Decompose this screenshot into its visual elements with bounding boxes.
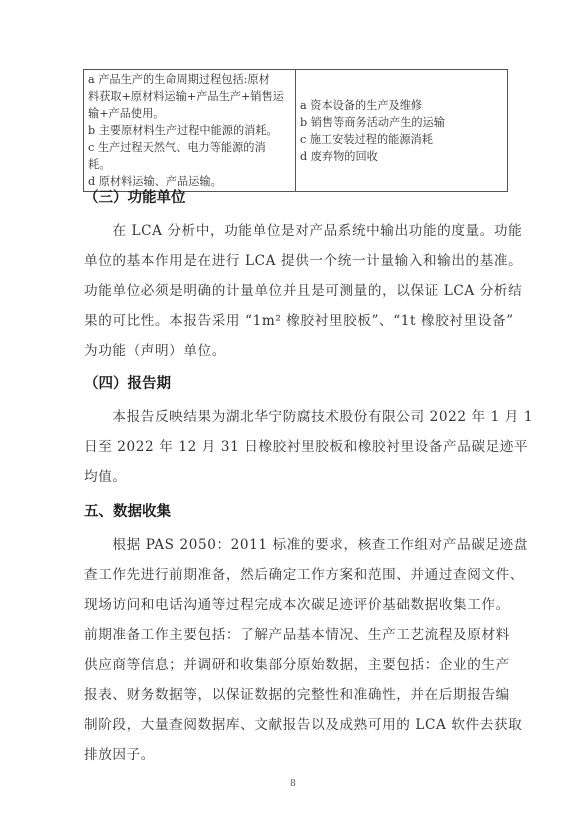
section-heading-report-period: （四）报告期 bbox=[84, 372, 171, 393]
paragraph-line: 前期准备工作主要包括：了解产品基本情况、生产工艺流程及原材料 bbox=[84, 623, 509, 643]
section-heading-data-collection: 五、数据收集 bbox=[84, 500, 171, 521]
paragraph-line: 制阶段，大量查阅数据库、文献报告以及成熟可用的 LCA 软件去获取 bbox=[84, 713, 509, 733]
included-processes-cell: a 产品生产的生命周期过程包括:原材 料获取+原材料运输+产品生产+销售运 输+… bbox=[84, 70, 296, 192]
paragraph-line: 在 LCA 分析中，功能单位是对产品系统中输出功能的度量。功能 bbox=[84, 219, 509, 239]
document-page: a 产品生产的生命周期过程包括:原材 料获取+原材料运输+产品生产+销售运 输+… bbox=[0, 0, 585, 834]
paragraph-line: 均值。 bbox=[84, 465, 509, 485]
paragraph-line: 日至 2022 年 12 月 31 日橡胶衬里胶板和橡胶衬里设备产品碳足迹平 bbox=[84, 435, 509, 455]
paragraph-line: 查工作先进行前期准备，然后确定工作方案和范围、并通过查阅文件、 bbox=[84, 563, 509, 583]
page-number: 8 bbox=[290, 779, 296, 789]
table-line: b 销售等商务活动产生的运输 bbox=[300, 114, 503, 131]
table-row: a 产品生产的生命周期过程包括:原材 料获取+原材料运输+产品生产+销售运 输+… bbox=[84, 70, 508, 192]
excluded-processes-cell: a 资本设备的生产及维修 b 销售等商务活动产生的运输 c 施工安装过程的能源消… bbox=[296, 70, 508, 192]
scope-table: a 产品生产的生命周期过程包括:原材 料获取+原材料运输+产品生产+销售运 输+… bbox=[83, 69, 508, 192]
paragraph-line: 单位的基本作用是在进行 LCA 提供一个统一计量输入和输出的基准。 bbox=[84, 249, 509, 269]
section-heading-functional-unit: （三）功能单位 bbox=[84, 186, 186, 207]
table-line: 输+产品使用。 bbox=[88, 105, 291, 122]
paragraph-line: 供应商等信息；并调研和收集部分原始数据，主要包括：企业的生产 bbox=[84, 653, 509, 673]
table-line: a 产品生产的生命周期过程包括:原材 bbox=[88, 71, 291, 88]
table-line: a 资本设备的生产及维修 bbox=[300, 97, 503, 114]
paragraph-line: 根据 PAS 2050：2011 标准的要求，核查工作组对产品碳足迹盘 bbox=[84, 533, 509, 553]
table-line: 耗。 bbox=[88, 156, 291, 173]
table-line: c 施工安装过程的能源消耗 bbox=[300, 131, 503, 148]
table-line: d 废弃物的回收 bbox=[300, 148, 503, 165]
paragraph-line: 功能单位必须是明确的计量单位并且是可测量的，以保证 LCA 分析结 bbox=[84, 279, 509, 299]
paragraph-line: 现场访问和电话沟通等过程完成本次碳足迹评价基础数据收集工作。 bbox=[84, 593, 509, 613]
table-line: b 主要原材料生产过程中能源的消耗。 bbox=[88, 122, 291, 139]
table-line: 料获取+原材料运输+产品生产+销售运 bbox=[88, 88, 291, 105]
paragraph-line: 排放因子。 bbox=[84, 743, 509, 763]
paragraph-line: 为功能（声明）单位。 bbox=[84, 339, 509, 359]
table-line: c 生产过程天然气、电力等能源的消 bbox=[88, 139, 291, 156]
paragraph-line: 果的可比性。本报告采用 “1m² 橡胶衬里胶板”、“1t 橡胶衬里设备” bbox=[84, 309, 509, 329]
paragraph-line: 本报告反映结果为湖北华宁防腐技术股份有限公司 2022 年 1 月 1 bbox=[84, 405, 509, 425]
paragraph-line: 报表、财务数据等，以保证数据的完整性和准确性，并在后期报告编 bbox=[84, 683, 509, 703]
